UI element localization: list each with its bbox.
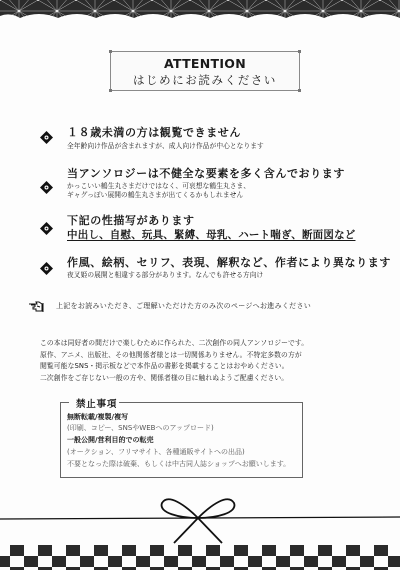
title-japanese: はじめにお読みください	[111, 72, 299, 88]
diamond-crest-icon	[40, 262, 53, 275]
paragraph-line: 二次創作をご存じない一般の方や、関係者様の目に触れぬようご配慮ください。	[40, 373, 370, 385]
notice-detail: かっこいい鶴生丸さまだけではなく、可哀想な鶴生丸さま、	[67, 182, 250, 191]
notice-heading: 当アンソロジーは不健全な要素を多く含んでおります	[67, 167, 345, 181]
notice-heading: 作風、絵柄、セリフ、表現、解釈など、作者により異なります	[67, 256, 391, 270]
asanoha-pattern-band	[0, 0, 400, 22]
pointing-hand-icon	[28, 300, 46, 314]
corner-ornament	[298, 89, 301, 92]
prohibited-line: (オークション、フリマサイト、各種通販サイトへの出品)	[67, 447, 245, 457]
attention-title-box: ATTENTION はじめにお読みください	[110, 51, 300, 91]
title-english: ATTENTION	[111, 56, 299, 71]
corner-ornament	[109, 89, 112, 92]
disclaimer-paragraph: この本は同好者の間だけで楽しむために作られた、二次創作の同人アンソロジーです。 …	[40, 338, 370, 384]
notice-heading: 下記の性描写があります	[67, 214, 195, 228]
paragraph-line: 原作、アニメ、出版社、その他関係者様とは一切関係ありません。不特定多数の方が	[40, 350, 370, 362]
notice-item: 当アンソロジーは不健全な要素を多く含んでおります かっこいい鶴生丸さまだけではな…	[40, 167, 370, 203]
notice-detail: 夜叉姫の展開と相違する部分があります。なんでも許せる方向け	[67, 271, 263, 280]
notice-detail: ギャグっぽい展開の鶴生丸さまが出てくるかもしれません	[67, 191, 243, 200]
prohibited-title: 禁止事項	[74, 396, 119, 410]
notice-content-list: 中出し、自慰、玩具、緊縛、母乳、ハート喘ぎ、断面図など	[67, 228, 355, 242]
diamond-crest-icon	[40, 222, 53, 235]
prohibited-line: 一般公開/営利目的での転売	[67, 435, 154, 445]
notice-item: 下記の性描写があります 中出し、自慰、玩具、緊縛、母乳、ハート喘ぎ、断面図など	[40, 214, 370, 244]
bow-knot-icon	[0, 485, 400, 545]
pointer-note: 上記をお読みいただき、ご理解いただけた方のみ次のページへお進みください	[28, 300, 378, 314]
diamond-crest-icon	[40, 131, 53, 144]
ichimatsu-pattern-band	[0, 545, 400, 570]
paragraph-line: 閲覧可能なSNS・掲示板などで本作品の書影を掲載することはおやめください。	[40, 361, 370, 373]
prohibited-box: 禁止事項 無断転載/複製/複写 (印刷、コピー、SNSやWEBへのアップロード)…	[60, 402, 303, 478]
diamond-crest-icon	[40, 181, 53, 194]
divider	[60, 402, 69, 403]
notice-detail: 全年齢向け作品が含まれますが、成人向け作品が中心となります	[67, 142, 264, 151]
divider	[116, 402, 303, 403]
proceed-instruction: 上記をお読みいただき、ご理解いただけた方のみ次のページへお進みください	[56, 301, 311, 311]
notice-heading: １８歳未満の方は観覧できません	[67, 126, 241, 140]
prohibited-line: 不要となった際は破棄、もしくは中古同人誌ショップへお願いします。	[67, 459, 290, 469]
notice-item: 作風、絵柄、セリフ、表現、解釈など、作者により異なります 夜叉姫の展開と相違する…	[40, 256, 370, 286]
notice-item: １８歳未満の方は観覧できません 全年齢向け作品が含まれますが、成人向け作品が中心…	[40, 126, 370, 156]
paragraph-line: この本は同好者の間だけで楽しむために作られた、二次創作の同人アンソロジーです。	[40, 338, 370, 350]
prohibited-line: (印刷、コピー、SNSやWEBへのアップロード)	[67, 423, 214, 433]
prohibited-line: 無断転載/複製/複写	[67, 412, 128, 422]
